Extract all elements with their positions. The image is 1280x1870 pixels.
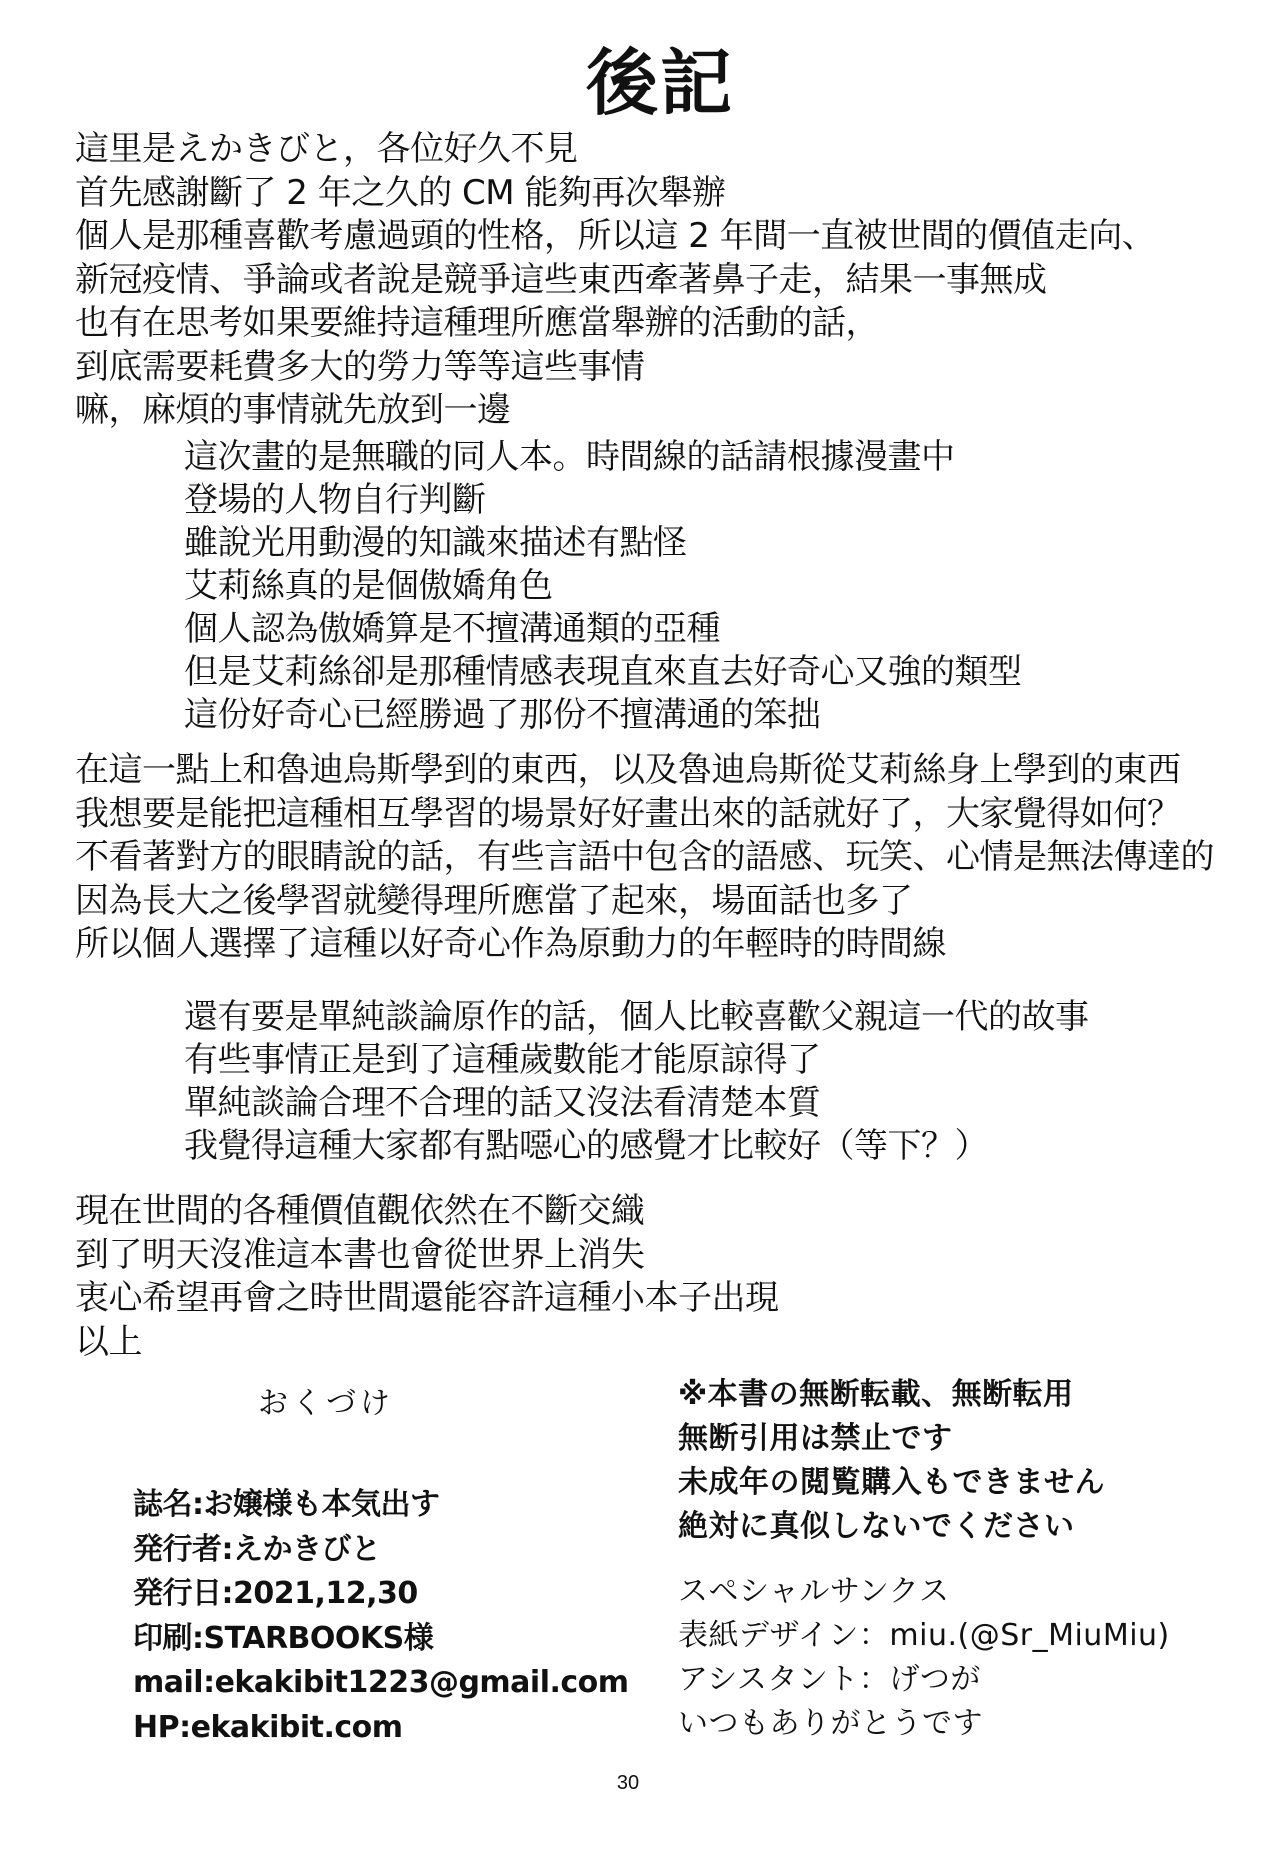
book-title-row: 誌名:お嬢様も本気出す xyxy=(133,1483,629,1528)
text-line: 現在世間的各種價值觀依然在不斷交織 xyxy=(75,1190,779,1234)
text-line: 以上 xyxy=(75,1321,779,1365)
colophon-details: 誌名:お嬢様も本気出す 発行者:えかきびと 発行日:2021,12,30 印刷:… xyxy=(133,1483,629,1750)
text-line: 這里是えかきびと，各位好久不見 xyxy=(75,128,1155,172)
paragraph-intro: 這里是えかきびと，各位好久不見 首先感謝斷了 2 年之久的 CM 能夠再次舉辦 … xyxy=(75,128,1155,433)
text-line: 不看著對方的眼睛說的話，有些言語中包含的語感、玩笑、心情是無法傳達的 xyxy=(75,836,1214,880)
text-line: 新冠疫情、爭論或者說是競爭這些東西牽著鼻子走，結果一事無成 xyxy=(75,259,1155,303)
text-line: 登場的人物自行判斷 xyxy=(184,479,1022,522)
homepage-row: HP:ekakibit.com xyxy=(133,1706,629,1751)
page-title: 後記 xyxy=(0,38,1280,128)
copyright-notice: ※本書の無断転載、無断転用 無断引用は禁止です 未成年の閲覧購入もできません 絶… xyxy=(678,1373,1105,1549)
paragraph-closing: 現在世間的各種價值觀依然在不斷交織 到了明天沒准這本書也會從世界上消失 衷心希望… xyxy=(75,1190,779,1364)
page-number: 30 xyxy=(0,1772,1256,1795)
text-line: 個人認為傲嬌算是不擅溝通類的亞種 xyxy=(184,608,1022,651)
text-line: 我覺得這種大家都有點噁心的感覺才比較好（等下？） xyxy=(184,1125,1089,1168)
text-line: 有些事情正是到了這種歲數能才能原諒得了 xyxy=(184,1039,1089,1082)
assistant-credit: アシスタント：げつが xyxy=(678,1658,1170,1702)
special-thanks: スペシャルサンクス 表紙デザイン：miu.(@Sr_MiuMiu) アシスタント… xyxy=(678,1570,1170,1746)
text-line: 單純談論合理不合理的話又沒法看清楚本質 xyxy=(184,1082,1089,1125)
text-line: 也有在思考如果要維持這種理所應當舉辦的活動的話， xyxy=(75,302,1155,346)
paragraph-about-book: 這次畫的是無職的同人本。時間線的話請根據漫畫中 登場的人物自行判斷 雖說光用動漫… xyxy=(184,436,1022,737)
notice-line: 未成年の閲覧購入もできません xyxy=(678,1461,1105,1505)
text-line: 還有要是單純談論原作的話，個人比較喜歡父親這一代的故事 xyxy=(184,996,1089,1039)
text-line: 到底需要耗費多大的勞力等等這些事情 xyxy=(75,346,1155,390)
notice-line: 無断引用は禁止です xyxy=(678,1417,1105,1461)
text-line: 但是艾莉絲卻是那種情感表現直來直去好奇心又強的類型 xyxy=(184,651,1022,694)
colophon-heading: おくづけ xyxy=(258,1378,394,1422)
text-line: 所以個人選擇了這種以好奇心作為原動力的年輕時的時間線 xyxy=(75,923,1214,967)
text-line: 首先感謝斷了 2 年之久的 CM 能夠再次舉辦 xyxy=(75,172,1155,216)
text-line: 雖說光用動漫的知識來描述有點怪 xyxy=(184,522,1022,565)
text-line: 這份好奇心已經勝過了那份不擅溝通的笨拙 xyxy=(184,694,1022,737)
notice-line: 絶対に真似しないでください xyxy=(678,1505,1105,1549)
printer-row: 印刷:STARBOOKS様 xyxy=(133,1617,629,1662)
publisher-row: 発行者:えかきびと xyxy=(133,1528,629,1573)
paragraph-learning: 在這一點上和魯迪烏斯學到的東西，以及魯迪烏斯從艾莉絲身上學到的東西 我想要是能把… xyxy=(75,749,1214,967)
text-line: 個人是那種喜歡考慮過頭的性格，所以這 2 年間一直被世間的價值走向、 xyxy=(75,215,1155,259)
notice-line: ※本書の無断転載、無断転用 xyxy=(678,1373,1105,1417)
text-line: 我想要是能把這種相互學習的場景好好畫出來的話就好了，大家覺得如何？ xyxy=(75,793,1214,837)
text-line: 到了明天沒准這本書也會從世界上消失 xyxy=(75,1234,779,1278)
cover-design-credit: 表紙デザイン：miu.(@Sr_MiuMiu) xyxy=(678,1614,1170,1658)
thanks-message: いつもありがとうです xyxy=(678,1702,1170,1746)
email-row: mail:ekakibit1223@gmail.com xyxy=(133,1661,629,1706)
text-line: 在這一點上和魯迪烏斯學到的東西，以及魯迪烏斯從艾莉絲身上學到的東西 xyxy=(75,749,1214,793)
special-thanks-heading: スペシャルサンクス xyxy=(678,1570,1170,1614)
publish-date-row: 発行日:2021,12,30 xyxy=(133,1572,629,1617)
paragraph-original-work: 還有要是單純談論原作的話，個人比較喜歡父親這一代的故事 有些事情正是到了這種歲數… xyxy=(184,996,1089,1168)
text-line: 這次畫的是無職的同人本。時間線的話請根據漫畫中 xyxy=(184,436,1022,479)
text-line: 因為長大之後學習就變得理所應當了起來，場面話也多了 xyxy=(75,880,1214,924)
text-line: 衷心希望再會之時世間還能容許這種小本子出現 xyxy=(75,1277,779,1321)
text-line: 嘛，麻煩的事情就先放到一邊 xyxy=(75,389,1155,433)
text-line: 艾莉絲真的是個傲嬌角色 xyxy=(184,565,1022,608)
